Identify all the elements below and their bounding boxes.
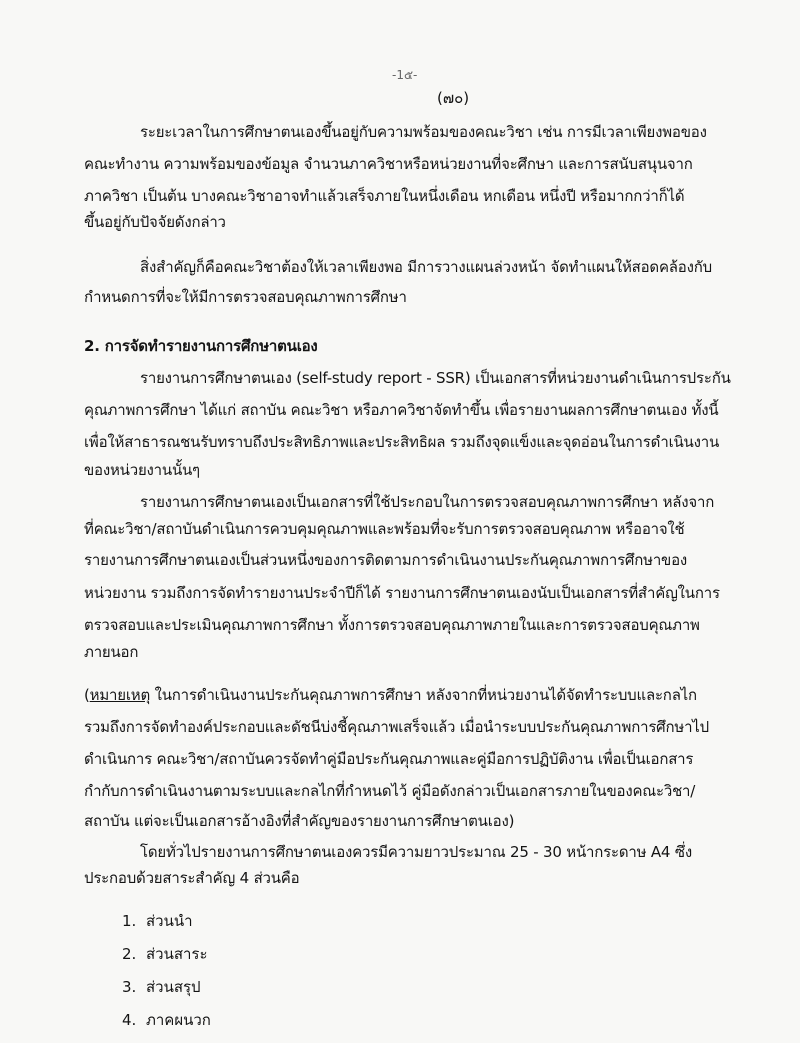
list-item: 3.ส่วนสรุป <box>122 975 201 999</box>
paragraph-line: ภายนอก <box>84 640 138 664</box>
paragraph-line: ที่คณะวิชา/สถาบันดำเนินการควบคุมคุณภาพแล… <box>84 517 685 541</box>
list-item: 2.ส่วนสาระ <box>122 942 208 966</box>
paragraph-line: รายงานการศึกษาตนเองเป็นส่วนหนึ่งของการติ… <box>84 548 687 572</box>
paragraph-line: รายงานการศึกษาตนเอง (self-study report -… <box>140 366 731 390</box>
paragraph-line: คณะทำงาน ความพร้อมของข้อมูล จำนวนภาควิชา… <box>84 152 693 176</box>
note-label: หมายเหตุ <box>90 686 150 704</box>
paragraph-line: ประกอบด้วยสาระสำคัญ 4 ส่วนคือ <box>84 866 299 890</box>
paragraph-line: กำกับการดำเนินงานตามระบบและกลไกที่กำหนดไ… <box>84 779 695 803</box>
list-item: 4.ภาคผนวก <box>122 1008 211 1032</box>
list-item: 1.ส่วนนำ <box>122 909 193 933</box>
paragraph-line: กำหนดการที่จะให้มีการตรวจสอบคุณภาพการศึก… <box>84 285 407 309</box>
paragraph-line: ระยะเวลาในการศึกษาตนเองขึ้นอยู่กับความพร… <box>140 120 707 144</box>
paragraph-line: คุณภาพการศึกษา ได้แก่ สถาบัน คณะวิชา หรื… <box>84 398 718 422</box>
paragraph-line: ตรวจสอบและประเมินคุณภาพการศึกษา ทั้งการต… <box>84 613 700 637</box>
paragraph-line: รวมถึงการจัดทำองค์ประกอบและดัชนีบ่งชี้คุ… <box>84 715 709 739</box>
section-number: (๗๐) <box>437 86 469 110</box>
paragraph-line: โดยทั่วไปรายงานการศึกษาตนเองควรมีความยาว… <box>140 840 692 864</box>
paragraph-line: เพื่อให้สาธารณชนรับทราบถึงประสิทธิภาพและ… <box>84 430 719 454</box>
page-number: -1๕- <box>392 66 417 85</box>
paragraph-line: สิ่งสำคัญก็คือคณะวิชาต้องให้เวลาเพียงพอ … <box>140 255 712 279</box>
note-text: ในการดำเนินงานประกันคุณภาพการศึกษา หลังจ… <box>150 686 697 704</box>
paragraph-line: ขึ้นอยู่กับปัจจัยดังกล่าว <box>84 210 226 234</box>
paragraph-line: สถาบัน แต่จะเป็นเอกสารอ้างอิงที่สำคัญของ… <box>84 809 514 833</box>
note-line: (หมายเหตุ ในการดำเนินงานประกันคุณภาพการศ… <box>84 683 697 707</box>
document-page: -1๕- (๗๐) ระยะเวลาในการศึกษาตนเองขึ้นอยู… <box>0 0 800 1043</box>
section-heading: 2. การจัดทำรายงานการศึกษาตนเอง <box>84 334 318 358</box>
paragraph-line: ของหน่วยงานนั้นๆ <box>84 458 200 482</box>
paragraph-line: รายงานการศึกษาตนเองเป็นเอกสารที่ใช้ประกอ… <box>140 490 714 514</box>
paragraph-line: หน่วยงาน รวมถึงการจัดทำรายงานประจำปีก็ได… <box>84 581 720 605</box>
paragraph-line: ดำเนินการ คณะวิชา/สถาบันควรจัดทำคู่มือปร… <box>84 747 693 771</box>
paragraph-line: ภาควิชา เป็นต้น บางคณะวิชาอาจทำแล้วเสร็จ… <box>84 184 684 208</box>
